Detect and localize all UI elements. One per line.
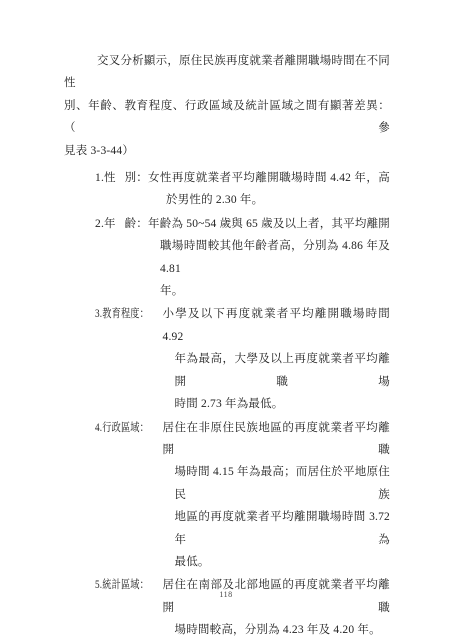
item-text: 年齡為 50~54 歲與 65 歲及以上者，其平均離開 職場時間較其他年齡者高，…: [148, 213, 390, 303]
item-text-line: 居住在非原住民族地區的再度就業者平均離開職: [163, 417, 390, 462]
item-text-line: 於男性的 2.30 年。: [148, 189, 390, 211]
item-text-line: 年為最高，大學及以上再度就業者平均離開職場: [163, 348, 390, 393]
item-text-line: 場時間 4.15 年為最高；而居住於平地原住民族: [163, 461, 390, 506]
findings-list: 1.性 別： 女性再度就業者平均離開職場時間 4.42 年，高 於男性的 2.3…: [64, 167, 390, 640]
list-item-age: 2.年 齡： 年齡為 50~54 歲與 65 歲及以上者，其平均離開 職場時間較…: [95, 213, 390, 303]
item-text-line: 時間 2.73 年為最低。: [163, 393, 390, 415]
item-text-line: 地區的再度就業者平均離開職場時間 3.72 年為: [163, 506, 390, 551]
item-label-start: 2.年: [95, 213, 116, 235]
item-number-label: 4.行政區域：: [95, 417, 163, 439]
item-text-line: 女性再度就業者平均離開職場時間 4.42 年，高: [148, 167, 390, 189]
document-page: 交叉分析顯示，原住民族再度就業者離開職場時間在不同性 別、年齡、教育程度、行政區…: [0, 0, 452, 640]
item-text-line: 年。: [148, 280, 390, 302]
item-text-line: 場時間較高，分別為 4.23 年及 4.20 年。: [163, 619, 390, 640]
item-label-start: 4.行政區域：: [95, 417, 149, 439]
intro-paragraph: 交叉分析顯示，原住民族再度就業者離開職場時間在不同性 別、年齡、教育程度、行政區…: [64, 50, 390, 162]
paragraph-line: 別、年齡、教育程度、行政區域及統計區域之間有顯著差異：（參: [64, 95, 390, 140]
item-label-end: 別：: [125, 167, 148, 189]
item-number-label: 3.教育程度：: [95, 303, 163, 325]
item-number-label: 1.性 別：: [95, 167, 148, 189]
list-item-admin-region: 4.行政區域： 居住在非原住民族地區的再度就業者平均離開職 場時間 4.15 年…: [95, 417, 390, 574]
item-number-label: 2.年 齡：: [95, 213, 148, 235]
item-text-line: 最低。: [163, 551, 390, 573]
item-text-line: 年齡為 50~54 歲與 65 歲及以上者，其平均離開: [148, 213, 390, 235]
item-text: 居住在南部及北部地區的再度就業者平均離開職 場時間較高，分別為 4.23 年及 …: [163, 574, 390, 640]
page-number: 118: [0, 590, 452, 599]
item-text: 小學及以下再度就業者平均離開職場時間 4.92 年為最高，大學及以上再度就業者平…: [163, 303, 390, 415]
item-text: 女性再度就業者平均離開職場時間 4.42 年，高 於男性的 2.30 年。: [148, 167, 390, 212]
list-item-education: 3.教育程度： 小學及以下再度就業者平均離開職場時間 4.92 年為最高，大學及…: [95, 303, 390, 415]
item-label-start: 3.教育程度：: [95, 303, 149, 325]
item-label-end: 齡：: [125, 213, 148, 235]
list-item-gender: 1.性 別： 女性再度就業者平均離開職場時間 4.42 年，高 於男性的 2.3…: [95, 167, 390, 212]
item-text-line: 小學及以下再度就業者平均離開職場時間 4.92: [163, 303, 390, 348]
item-label-start: 1.性: [95, 167, 116, 189]
page-content: 交叉分析顯示，原住民族再度就業者離開職場時間在不同性 別、年齡、教育程度、行政區…: [64, 50, 390, 640]
item-text-line: 職場時間較其他年齡者高，分別為 4.86 年及 4.81: [148, 235, 390, 280]
paragraph-line: 見表 3-3-44）: [64, 140, 390, 162]
item-text: 居住在非原住民族地區的再度就業者平均離開職 場時間 4.15 年為最高；而居住於…: [163, 417, 390, 574]
paragraph-line: 交叉分析顯示，原住民族再度就業者離開職場時間在不同性: [64, 50, 390, 95]
list-item-stat-region: 5.統計區域： 居住在南部及北部地區的再度就業者平均離開職 場時間較高，分別為 …: [95, 574, 390, 640]
